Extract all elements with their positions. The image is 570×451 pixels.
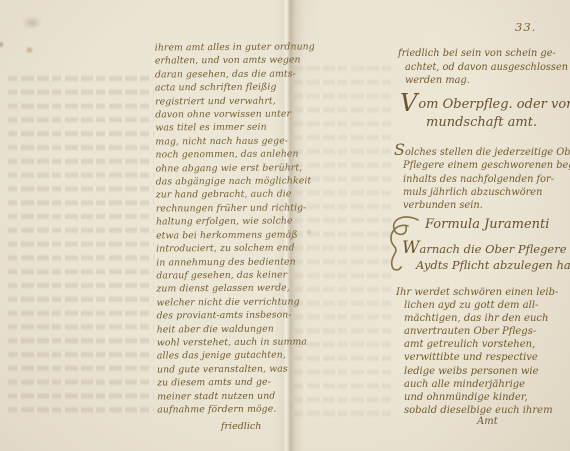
manuscript-line: auch alle minderjährige [396, 378, 558, 391]
right-page-obligation-paragraph: Solches stellen die jederzeitige Ober-Pf… [394, 143, 570, 212]
manuscript-line: welcher nicht die verrichtung [156, 295, 288, 309]
oath-instruction-subheading: Warnach die Ober Pflegere ihreAydts Pfli… [402, 241, 570, 273]
manuscript-line: ledige weibs personen wie [396, 365, 558, 378]
right-page-catchword: Amt [477, 416, 498, 427]
manuscript-line: Pflegere einem geschworenen begrif [394, 159, 570, 172]
decorative-initial: V [400, 89, 417, 117]
manuscript-line: ihrem amt alles in guter ordnung [155, 41, 287, 55]
manuscript-line: heit aber die waldungen [157, 322, 289, 336]
manuscript-line: friedlich bei sein von schein ge- [398, 47, 568, 61]
right-page-intro-paragraph: friedlich bei sein von schein ge-achtet,… [398, 47, 568, 88]
manuscript-line: etwa bei herkommens gemäß [156, 228, 288, 242]
manuscript-line: wohl verstehet, auch in summa [157, 335, 289, 349]
manuscript-line: erhalten, und von amts wegen [155, 54, 287, 68]
manuscript-line: alles das jenige gutachten, [157, 349, 289, 363]
manuscript-line: zu diesem amts und ge- [157, 376, 289, 390]
heading-formula-juramenti: Formula Juramenti [425, 217, 549, 232]
manuscript-line: amt getreulich vorstehen, [396, 338, 558, 351]
right-page-oath-paragraph: Ihr werdet schwören einen leib-lichen ay… [396, 286, 558, 417]
manuscript-line: in annehmung des bedienten [156, 255, 288, 269]
manuscript-line: sobald dieselbige euch ihrem [396, 404, 558, 417]
manuscript-line: was titel es immer sein [155, 121, 287, 135]
manuscript-line: des proviant-amts insbeson- [157, 309, 289, 323]
manuscript-line: achtet, od davon ausgeschlossen [398, 61, 568, 75]
manuscript-line: werden mag. [398, 74, 568, 88]
manuscript-line: verwittibte und respective [396, 351, 558, 364]
manuscript-line: mächtigen, das ihr den euch [396, 312, 558, 325]
manuscript-line: ohne abgang wie erst berührt, [156, 161, 288, 175]
left-page-catchword: friedlich [221, 421, 261, 432]
manuscript-line: das abgängige nach möglichkeit [156, 175, 288, 189]
page-number: 33. [515, 20, 536, 34]
manuscript-line: und ohnmündige kinder, [396, 391, 558, 404]
manuscript-line: und gute veranstalten, was [157, 362, 289, 376]
section-heading-vormundschaft-amt: Vom Oberpfleg. oder vor- mundschaft amt. [400, 96, 570, 131]
manuscript-line: Aydts Pflicht abzulegen habn. [402, 258, 570, 274]
manuscript-line: mag, nicht nach haus gege- [155, 134, 287, 148]
manuscript-spread: ihrem amt alles in guter ordnungerhalten… [0, 0, 570, 451]
manuscript-line: aufnahme fördern möge. [157, 403, 289, 417]
manuscript-line: rechnungen früher und richtig- [156, 201, 288, 215]
heading-line: mundschaft amt. [400, 114, 570, 132]
manuscript-line: lichen ayd zu gott dem all- [396, 299, 558, 312]
manuscript-line: acta und schriften fleißig [155, 81, 287, 95]
manuscript-line: haltung erfolgen, wie solche [156, 215, 288, 229]
manuscript-line: davon ohne vorwissen unter [155, 108, 287, 122]
manuscript-line: introduciert, zu solchem end [156, 242, 288, 256]
left-page-text-column: ihrem amt alles in guter ordnungerhalten… [155, 41, 290, 417]
manuscript-line: Ihr werdet schwören einen leib- [396, 286, 558, 299]
manuscript-line: muls jährlich abzuschwören [394, 186, 570, 199]
manuscript-line: registriert und verwahrt, [155, 94, 287, 108]
manuscript-line: verbunden sein. [394, 199, 570, 212]
manuscript-line: zum dienst gelassen werde, [156, 282, 288, 296]
manuscript-line: inhalts des nachfolgenden for- [394, 173, 570, 186]
heading-line: om Oberpfleg. oder vor- [418, 97, 570, 112]
manuscript-line: anvertrauten Ober Pflegs- [396, 325, 558, 338]
manuscript-line: zur hand gebracht, auch die [156, 188, 288, 202]
manuscript-line: meiner stadt nutzen und [157, 389, 289, 403]
manuscript-line: noch genommen, das anlehen [155, 148, 287, 162]
manuscript-line: Solches stellen die jederzeitige Ober- [394, 143, 570, 159]
manuscript-line: darauf gesehen, das keiner [156, 268, 288, 282]
manuscript-line: Warnach die Ober Pflegere ihre [402, 241, 570, 258]
manuscript-line: daran gesehen, das die amts- [155, 67, 287, 81]
